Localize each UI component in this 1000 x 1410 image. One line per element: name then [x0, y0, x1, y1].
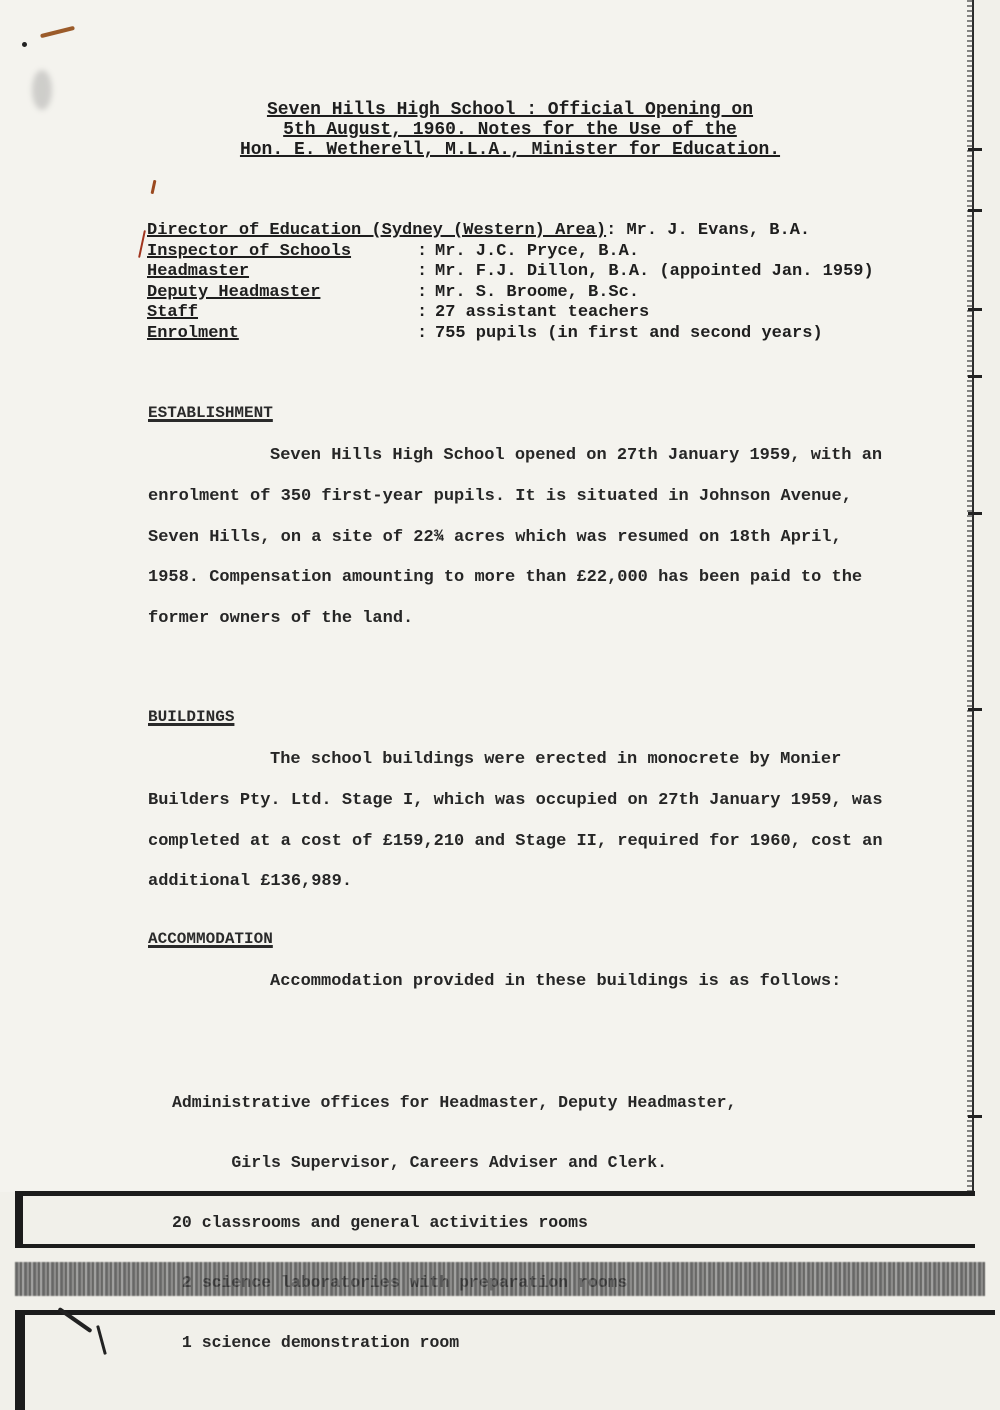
- edge-tick: [968, 148, 982, 151]
- binder-edge-marks: [967, 0, 973, 1192]
- title-line: 5th August, 1960. Notes for the Use of t…: [150, 120, 870, 140]
- info-row: Staff:27 assistant teachers: [147, 303, 874, 324]
- section-heading-accommodation: ACCOMMODATION: [148, 930, 273, 948]
- info-label: Enrolment: [147, 324, 417, 345]
- section-heading-establishment: ESTABLISHMENT: [148, 404, 273, 422]
- info-value: Mr. F.J. Dillon, B.A. (appointed Jan. 19…: [435, 262, 874, 281]
- info-label: Headmaster: [147, 262, 417, 283]
- section-heading-buildings: BUILDINGS: [148, 708, 234, 726]
- buildings-paragraph: The school buildings were erected in mon…: [148, 740, 888, 903]
- edge-tick: [968, 1115, 982, 1118]
- info-row: Director of Education (Sydney (Western) …: [147, 221, 874, 242]
- info-sep: :: [417, 262, 435, 283]
- info-label: Deputy Headmaster: [147, 283, 417, 304]
- edge-tick: [968, 708, 982, 711]
- edge-tick: [968, 375, 982, 378]
- info-row: Inspector of Schools:Mr. J.C. Pryce, B.A…: [147, 242, 874, 263]
- info-sep: :: [417, 324, 435, 345]
- info-sep: :: [417, 303, 435, 324]
- accommodation-paragraph: Accommodation provided in these building…: [148, 962, 888, 1003]
- info-value: Mr. J.C. Pryce, B.A.: [435, 242, 639, 261]
- info-row: Enrolment:755 pupils (in first and secon…: [147, 324, 874, 345]
- info-row: Deputy Headmaster:Mr. S. Broome, B.Sc.: [147, 283, 874, 304]
- scan-smudge: [15, 1262, 985, 1296]
- edge-tick: [968, 209, 982, 212]
- info-sep: :: [417, 283, 435, 304]
- ink-scratch: [96, 1325, 107, 1355]
- info-sep: :: [606, 221, 626, 240]
- info-label: Inspector of Schools: [147, 242, 417, 263]
- info-label: Director of Education (Sydney (Western) …: [147, 221, 606, 242]
- officials-list: Director of Education (Sydney (Western) …: [147, 221, 874, 344]
- page-edge-line: [15, 1310, 995, 1315]
- paragraph-text: Accommodation provided in these building…: [270, 972, 841, 991]
- info-row: Headmaster:Mr. F.J. Dillon, B.A. (appoin…: [147, 262, 874, 283]
- document-title: Seven Hills High School : Official Openi…: [150, 100, 870, 160]
- ink-smudge: [32, 70, 52, 110]
- title-line: Seven Hills High School : Official Openi…: [150, 100, 870, 120]
- list-item: Girls Supervisor, Careers Adviser and Cl…: [172, 1153, 736, 1173]
- info-sep: :: [417, 242, 435, 263]
- page-edge-line: [15, 1244, 975, 1248]
- info-value: 27 assistant teachers: [435, 303, 649, 322]
- list-item: Administrative offices for Headmaster, D…: [172, 1093, 736, 1113]
- establishment-paragraph: Seven Hills High School opened on 27th J…: [148, 436, 888, 640]
- paragraph-text: Seven Hills High School opened on 27th J…: [148, 446, 882, 628]
- page-edge-line: [15, 1191, 975, 1196]
- ink-dot: [22, 42, 27, 47]
- accommodation-list: Administrative offices for Headmaster, D…: [172, 1053, 736, 1373]
- title-line: Hon. E. Wetherell, M.L.A., Minister for …: [150, 140, 870, 160]
- list-item: 1 science demonstration room: [172, 1333, 736, 1353]
- info-label: Staff: [147, 303, 417, 324]
- page-edge-line: [15, 1191, 23, 1247]
- edge-tick: [968, 308, 982, 311]
- list-item: 20 classrooms and general activities roo…: [172, 1213, 736, 1233]
- page-edge-line: [15, 1310, 25, 1410]
- edge-tick: [968, 512, 982, 515]
- info-value: Mr. J. Evans, B.A.: [626, 221, 810, 240]
- info-value: 755 pupils (in first and second years): [435, 324, 823, 343]
- paragraph-text: The school buildings were erected in mon…: [148, 750, 883, 891]
- info-value: Mr. S. Broome, B.Sc.: [435, 283, 639, 302]
